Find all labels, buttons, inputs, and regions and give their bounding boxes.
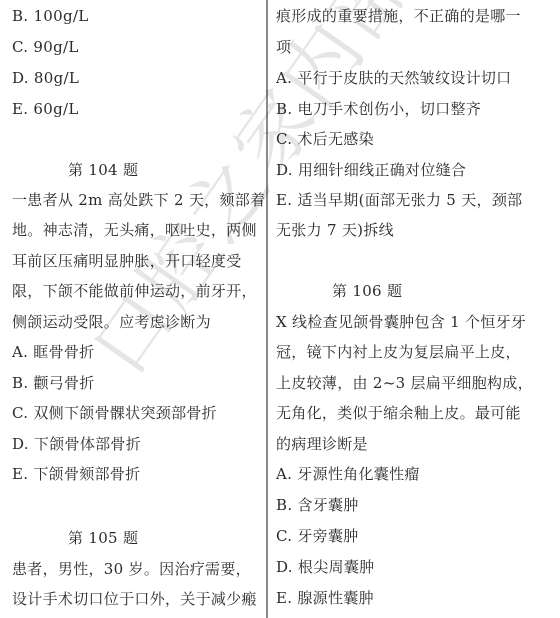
option-text: C. 90g/L	[12, 37, 79, 57]
option-text: A. 牙源性角化囊性瘤	[276, 464, 420, 484]
option-text: B. 含牙囊肿	[276, 495, 359, 515]
option-text: D. 下颌骨体部骨折	[12, 434, 141, 454]
option-text: E. 腺源性囊肿	[276, 588, 374, 608]
question-stem: 无角化，类似于缩余釉上皮。最可能	[276, 403, 521, 423]
option-text: B. 电刀手术创伤小，切口整齐	[276, 99, 481, 119]
question-stem: 上皮较薄，由 2~3 层扁平细胞构成，	[276, 373, 533, 393]
option-text: B. 100g/L	[12, 6, 89, 26]
question-stem: 限，下颌不能做前伸运动，前牙开，	[12, 281, 257, 301]
option-text: D. 80g/L	[12, 68, 79, 88]
option-text: E. 适当早期(面部无张力 5 天，颈部	[276, 190, 522, 210]
question-stem: 冠，镜下内衬上皮为复层扁平上皮，	[276, 342, 521, 362]
option-text: C. 双侧下颌骨髁状突颈部骨折	[12, 403, 217, 423]
option-text: C. 术后无感染	[276, 129, 374, 149]
question-stem: 设计手术切口位于口外，关于减少瘢	[12, 589, 257, 609]
question-stem: 的病理诊断是	[276, 434, 368, 454]
option-text: D. 用细针细线正确对位缝合	[276, 160, 466, 180]
question-title: 第 105 题	[68, 528, 138, 548]
question-stem: 痕形成的重要措施，不正确的是哪一	[276, 6, 521, 26]
option-text: B. 颧弓骨折	[12, 373, 95, 393]
question-stem: 项	[276, 37, 291, 57]
option-text: A. 眶骨骨折	[12, 342, 94, 362]
question-stem: 患者，男性，30 岁。因治疗需要，	[12, 559, 251, 579]
question-stem: X 线检查见颌骨囊肿包含 1 个恒牙牙	[276, 312, 526, 332]
question-stem: 侧颌运动受限。应考虑诊断为	[12, 312, 211, 332]
question-title: 第 106 题	[332, 281, 402, 301]
question-stem: 耳前区压痛明显肿胀，开口轻度受	[12, 251, 242, 271]
option-text: 无张力 7 天)拆线	[276, 220, 394, 240]
option-text: E. 60g/L	[12, 99, 79, 119]
option-text: D. 根尖周囊肿	[276, 557, 374, 577]
question-stem: 一患者从 2m 高处跌下 2 天，颏部着	[12, 190, 265, 210]
question-title: 第 104 题	[68, 160, 138, 180]
question-stem: 地。神志清，无头痛，呕吐史，两侧	[12, 220, 257, 240]
option-text: E. 下颌骨颏部骨折	[12, 464, 141, 484]
column-divider	[266, 0, 268, 618]
option-text: C. 牙旁囊肿	[276, 526, 359, 546]
option-text: A. 平行于皮肤的天然皱纹设计切口	[276, 68, 511, 88]
